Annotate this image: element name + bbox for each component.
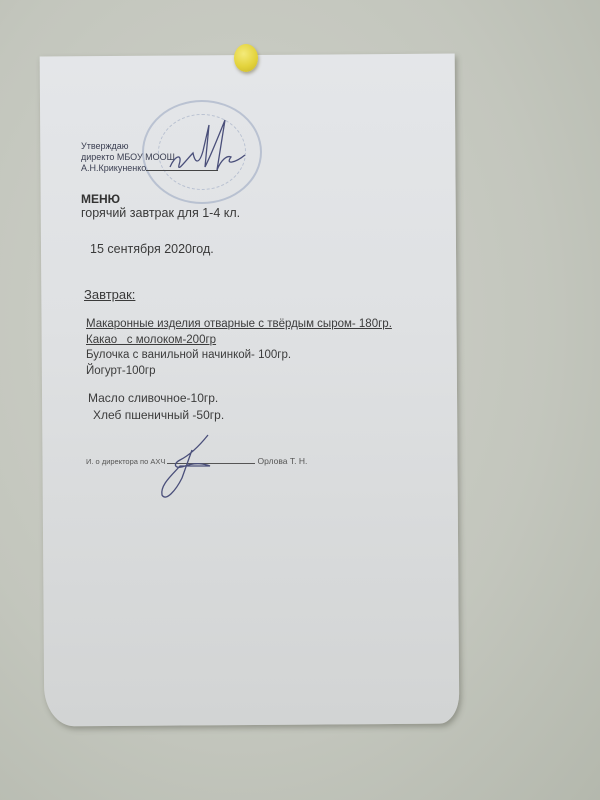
menu-item: Йогурт-100гр — [86, 364, 392, 380]
director-signature-icon — [165, 115, 255, 185]
menu-subtitle: горячий завтрак для 1-4 кл. — [81, 206, 240, 220]
menu-date: 15 сентября 2020год. — [90, 242, 214, 256]
menu-title: МЕНЮ — [81, 192, 120, 206]
menu-item: Хлеб пшеничный -50гр. — [88, 407, 224, 424]
menu-item: Булочка с ванильной начинкой- 100гр. — [86, 348, 392, 364]
deputy-signature-icon — [150, 430, 230, 505]
menu-item: Какао с молоком-200гр — [86, 333, 392, 349]
menu-item: Макаронные изделия отварные с твёрдым сы… — [86, 317, 392, 333]
footer-name: Орлова Т. Н. — [258, 456, 308, 466]
menu-extras: Масло сливочное-10гр. Хлеб пшеничный -50… — [88, 390, 224, 424]
breakfast-heading: Завтрак: — [84, 287, 135, 302]
menu-items: Макаронные изделия отварные с твёрдым сы… — [86, 317, 392, 379]
menu-item: Масло сливочное-10гр. — [88, 390, 224, 407]
pushpin-icon — [234, 44, 258, 72]
